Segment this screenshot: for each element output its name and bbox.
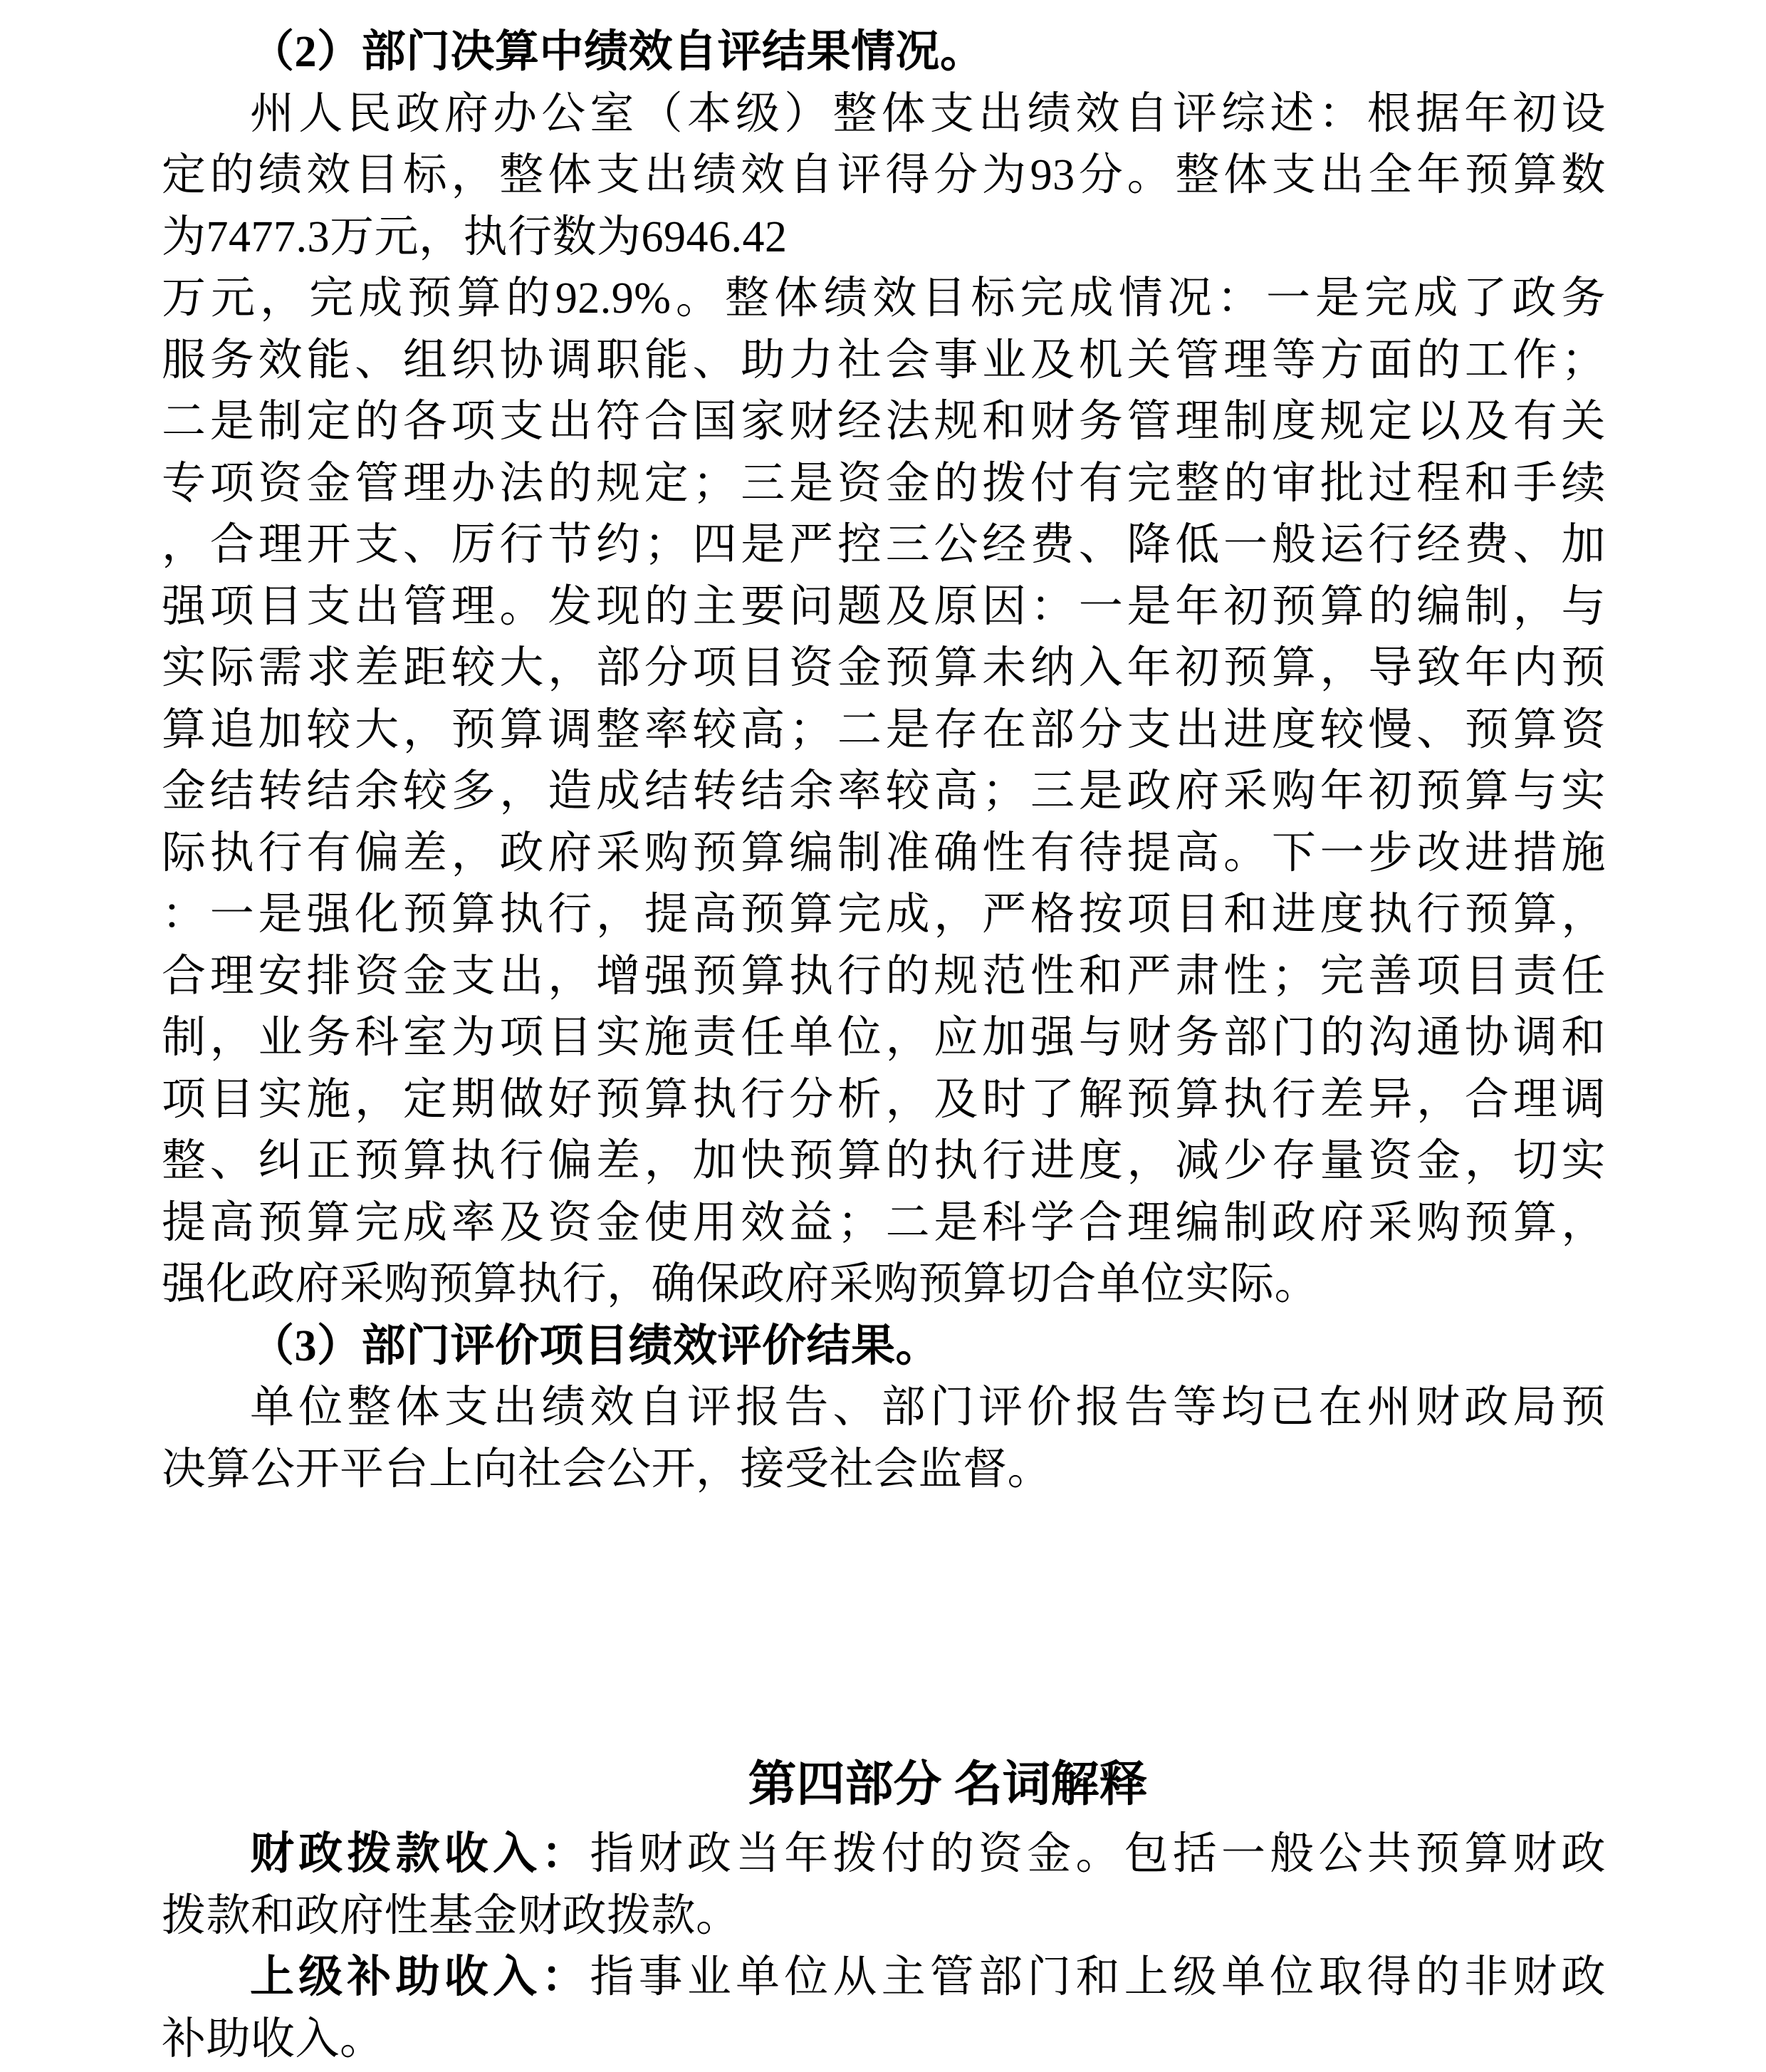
document-page: （2）部门决算中绩效自评结果情况。 州人民政府办公室（本级）整体支出绩效自评综述… [0, 0, 1766, 2072]
body-line: 算追加较大，预算调整率较高；二是存在部分支出进度较慢、预算资 [162, 699, 1606, 761]
body-line: 州人民政府办公室（本级）整体支出绩效自评综述：根据年初设 [162, 83, 1606, 145]
body-line: 二是制定的各项支出符合国家财经法规和财务管理制度规定以及有关 [162, 391, 1606, 453]
body-line: 强化政府采购预算执行，确保政府采购预算切合单位实际。 [162, 1254, 1606, 1316]
body-line: 金结转结余较多，造成结转结余率较高；三是政府采购年初预算与实 [162, 761, 1606, 823]
definition-term: 上级补助收入： [250, 1953, 590, 2001]
body-line: 万元，完成预算的92.9%。整体绩效目标完成情况：一是完成了政务 [162, 268, 1606, 330]
body-line: 整、纠正预算执行偏差，加快预算的执行进度，减少存量资金，切实 [162, 1130, 1606, 1192]
body-line: 决算公开平台上向社会公开，接受社会监督。 [162, 1439, 1606, 1501]
body-line: 合理安排资金支出，增强预算执行的规范性和严肃性；完善项目责任 [162, 946, 1606, 1008]
part-4-title: 第四部分 名词解释 [226, 1752, 1670, 1816]
body-line: 定的绩效目标，整体支出绩效自评得分为93分。整体支出全年预算数 [162, 145, 1606, 207]
body-line: ：一是强化预算执行，提高预算完成，严格按项目和进度执行预算， [162, 884, 1606, 946]
definition-line: 财政拨款收入：指财政当年拨付的资金。包括一般公共预算财政 [162, 1823, 1606, 1885]
body-line: 专项资金管理办法的规定；三是资金的拨付有完整的审批过程和手续 [162, 453, 1606, 515]
body-line: 制，业务科室为项目实施责任单位，应加强与财务部门的沟通协调和 [162, 1007, 1606, 1069]
body-line: 际执行有偏差，政府采购预算编制准确性有待提高。下一步改进措施 [162, 823, 1606, 885]
body-line: 实际需求差距较大，部分项目资金预算未纳入年初预算，导致年内预 [162, 637, 1606, 699]
definition-text: 指财政当年拨付的资金。包括一般公共预算财政 [590, 1830, 1606, 1878]
definition-line: 拨款和政府性基金财政拨款。 [162, 1885, 1606, 1947]
body-line: 项目实施，定期做好预算执行分析，及时了解预算执行差异，合理调 [162, 1069, 1606, 1131]
body-line: 提高预算完成率及资金使用效益；二是科学合理编制政府采购预算， [162, 1192, 1606, 1254]
body-line: 单位整体支出绩效自评报告、部门评价报告等均已在州财政局预 [162, 1377, 1606, 1439]
body-line: 强项目支出管理。发现的主要问题及原因：一是年初预算的编制，与 [162, 576, 1606, 638]
body-line: 为7477.3万元，执行数为6946.42 [162, 207, 1606, 269]
section-3-heading: （3）部门评价项目绩效评价结果。 [162, 1316, 1606, 1378]
section-2-heading: （2）部门决算中绩效自评结果情况。 [162, 21, 1606, 83]
definition-term: 财政拨款收入： [250, 1830, 590, 1878]
definition-line: 上级补助收入：指事业单位从主管部门和上级单位取得的非财政 [162, 1947, 1606, 2009]
body-line: 服务效能、组织协调职能、助力社会事业及机关管理等方面的工作； [162, 330, 1606, 392]
definition-line: 补助收入。 [162, 2009, 1606, 2071]
definition-text: 指事业单位从主管部门和上级单位取得的非财政 [590, 1953, 1606, 2001]
body-line: ，合理开支、厉行节约；四是严控三公经费、降低一般运行经费、加 [162, 514, 1606, 576]
